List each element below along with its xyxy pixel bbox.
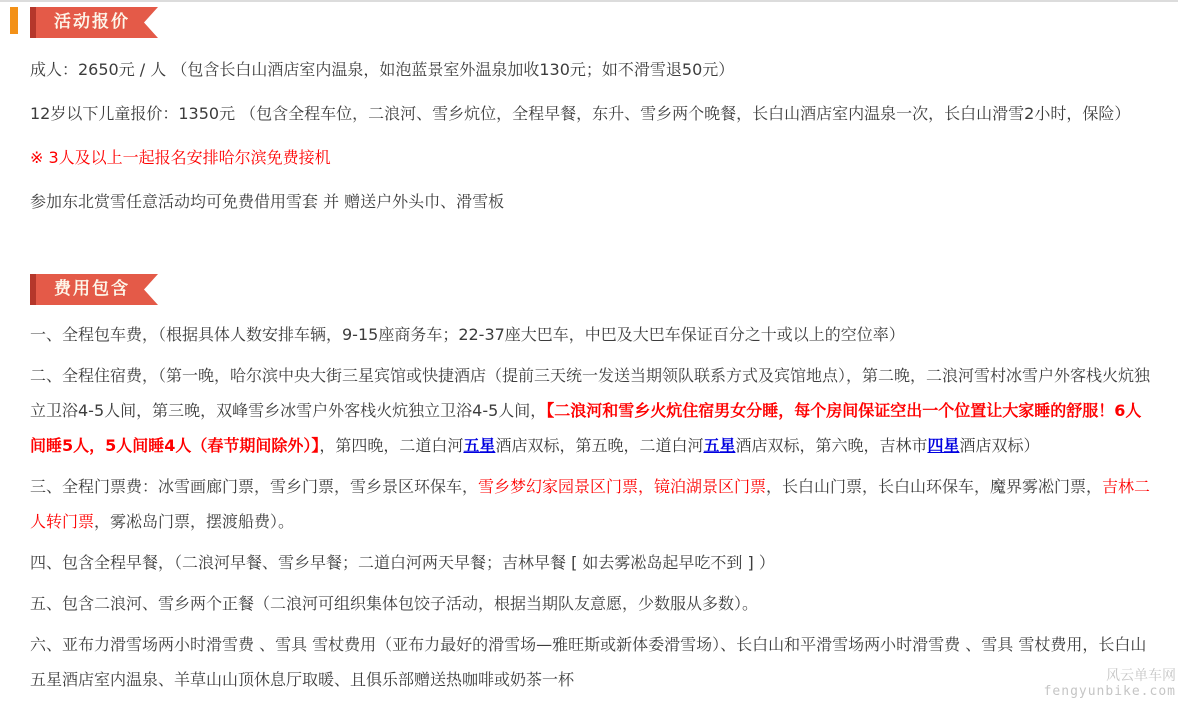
gift-note: 参加东北赏雪任意活动均可免费借用雪套 并 赠送户外头巾、滑雪板 xyxy=(30,184,1152,219)
section-activity-pricing: 活动报价 成人：2650元 / 人 （包含长白山酒店室内温泉，如泡蓝景室外温泉加… xyxy=(0,2,1178,219)
four-star-link[interactable]: 四星 xyxy=(927,436,959,455)
inclusion-item-transport: 一、全程包车费，（根据具体人数安排车辆，9-15座商务车；22-37座大巴车，中… xyxy=(30,317,1152,352)
inclusion-item-dinners: 五、包含二浪河、雪乡两个正餐（二浪河可组织集体包饺子活动，根据当期队友意愿，少数… xyxy=(30,586,1152,621)
child-price-text: 12岁以下儿童报价：1350元 （包含全程车位，二浪河、雪乡炕位，全程早餐，东升… xyxy=(30,96,1152,131)
watermark-site-name: 风云单车网 xyxy=(1044,668,1176,684)
badge-activity-pricing: 活动报价 xyxy=(30,7,158,38)
five-star-link-1[interactable]: 五星 xyxy=(463,436,495,455)
inclusion-item-lodging: 二、全程住宿费，（第一晚，哈尔滨中央大街三星宾馆或快捷酒店（提前三天统一发送当期… xyxy=(30,358,1152,463)
free-pickup-note: ※ 3人及以上一起报名安排哈尔滨免费接机 xyxy=(30,140,1152,175)
inclusion-item-tickets: 三、全程门票费：冰雪画廊门票，雪乡门票，雪乡景区环保车，雪乡梦幻家园景区门票，镜… xyxy=(30,469,1152,539)
watermark-site-url: fengyunbike.com xyxy=(1044,684,1176,700)
tickets-text-3: ，雾凇岛门票，摆渡船费）。 xyxy=(94,512,294,531)
badge-row-pricing: 活动报价 xyxy=(0,2,1178,38)
five-star-link-2[interactable]: 五星 xyxy=(703,436,735,455)
inclusion-item-breakfast: 四、包含全程早餐，（二浪河早餐、雪乡早餐；二道白河两天早餐；吉林早餐 [ 如去雾… xyxy=(30,545,1152,580)
orange-accent-bar xyxy=(10,7,18,34)
tickets-text-2: ，长白山门票，长白山环保车，魔界雾凇门票， xyxy=(766,477,1102,496)
adult-price-text: 成人：2650元 / 人 （包含长白山酒店室内温泉，如泡蓝景室外温泉加收130元… xyxy=(30,52,1152,87)
lodging-text-2: ，第四晚，二道白河 xyxy=(319,436,463,455)
lodging-text-5: 酒店双标） xyxy=(960,436,1040,455)
watermark: 风云单车网 fengyunbike.com xyxy=(1044,668,1176,700)
badge-fees-included: 费用包含 xyxy=(30,274,158,305)
badge-row-inclusions: 费用包含 xyxy=(0,274,1178,305)
inclusion-item-ski: 六、亚布力滑雪场两小时滑雪费 、雪具 雪杖费用（亚布力最好的滑雪场—雅旺斯或新体… xyxy=(30,627,1152,697)
tickets-red-1: 雪乡梦幻家园景区门票，镜泊湖景区门票 xyxy=(478,477,766,496)
badge-fees-included-label: 费用包含 xyxy=(54,279,130,299)
lodging-text-4: 酒店双标，第六晚，吉林市 xyxy=(735,436,927,455)
badge-activity-pricing-label: 活动报价 xyxy=(54,12,130,32)
lodging-text-3: 酒店双标，第五晚，二道白河 xyxy=(495,436,703,455)
tickets-text-1: 三、全程门票费：冰雪画廊门票，雪乡门票，雪乡景区环保车， xyxy=(30,477,478,496)
section-fees-included: 费用包含 一、全程包车费，（根据具体人数安排车辆，9-15座商务车；22-37座… xyxy=(0,274,1178,697)
